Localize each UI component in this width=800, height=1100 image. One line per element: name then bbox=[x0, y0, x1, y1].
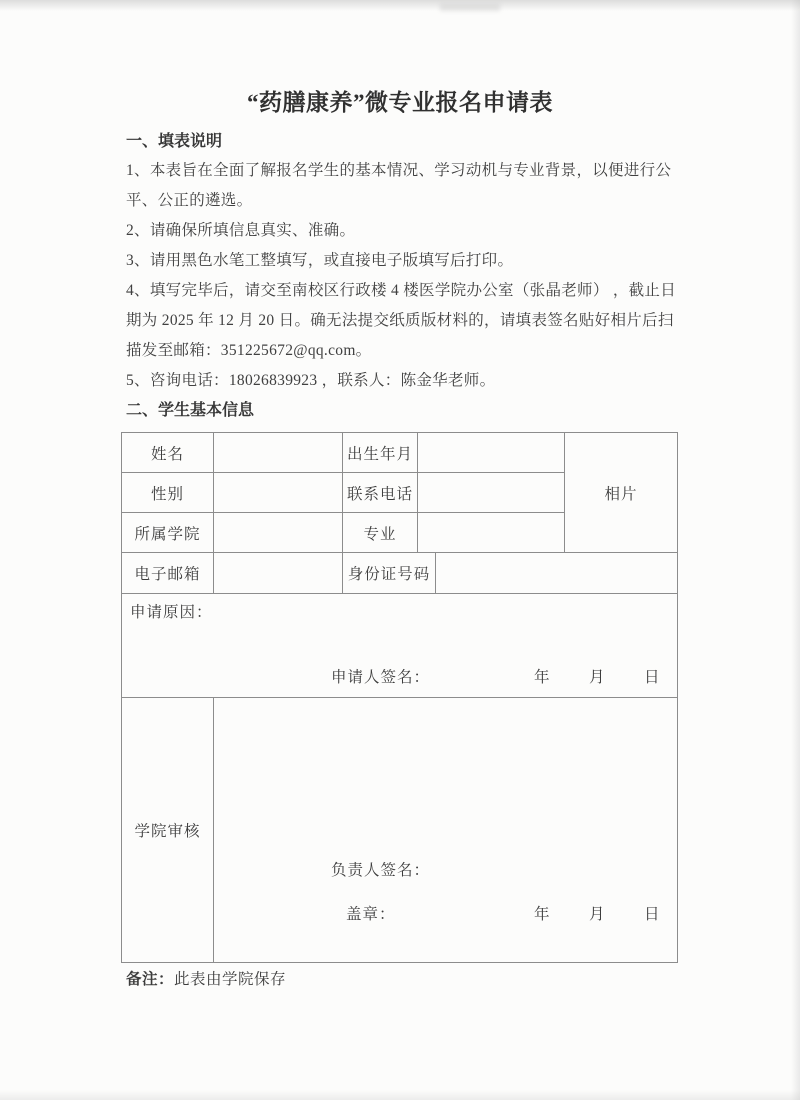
seal-date-row: 盖章： 年 月 日 bbox=[214, 902, 677, 924]
instruction-line: 期为 2025 年 12 月 20 日。确无法提交纸质版材料的，请填表签名贴好相… bbox=[126, 309, 686, 333]
scan-artifact-top bbox=[0, 0, 800, 11]
scan-artifact-bottom bbox=[0, 1090, 800, 1100]
applicant-signature-row: 申请人签名： 年 月 日 bbox=[122, 665, 677, 687]
day-label: 日 bbox=[644, 902, 660, 924]
instruction-line: 4、填写完毕后，请交至南校区行政楼 4 楼医学院办公室（张晶老师） ，截止日 bbox=[126, 279, 686, 303]
instruction-line: 2、请确保所填信息真实、准确。 bbox=[126, 219, 686, 243]
footer-note: 备注：此表由学院保存 bbox=[126, 967, 286, 989]
major-input-cell bbox=[418, 513, 565, 553]
instruction-line: 描发至邮箱：351225672@qq.com。 bbox=[126, 339, 686, 363]
name-label: 姓名 bbox=[122, 433, 214, 473]
application-reason-label: 申请原因： bbox=[130, 600, 213, 622]
phone-label: 联系电话 bbox=[343, 473, 418, 513]
gender-input-cell bbox=[214, 473, 343, 513]
id-number-label: 身份证号码 bbox=[343, 553, 436, 594]
year-label: 年 bbox=[534, 665, 550, 687]
instruction-line: 3、请用黑色水笔工整填写，或直接电子版填写后打印。 bbox=[126, 249, 686, 273]
application-reason-cell: 申请原因： 申请人签名： 年 月 日 bbox=[122, 594, 677, 698]
applicant-signature-label: 申请人签名： bbox=[331, 665, 430, 687]
instruction-line: 5、咨询电话：18026839923 ，联系人：陈金华老师。 bbox=[126, 369, 686, 393]
id-number-input-cell bbox=[436, 553, 677, 594]
major-label: 专业 bbox=[343, 513, 418, 553]
email-input-cell bbox=[214, 553, 343, 594]
student-info-table: 姓名 出生年月 相片 性别 联系电话 所属学院 专业 电子邮箱 身份证号码 申请… bbox=[121, 432, 678, 963]
note-text: 此表由学院保存 bbox=[174, 971, 286, 988]
scanned-form-page: “药膳康养”微专业报名申请表 一、填表说明 1、本表旨在全面了解报名学生的基本情… bbox=[0, 0, 800, 1100]
section-heading-instructions: 一、填表说明 bbox=[126, 131, 222, 153]
birth-date-input-cell bbox=[418, 433, 565, 473]
college-review-label: 学院审核 bbox=[122, 698, 214, 962]
head-signature-label: 负责人签名： bbox=[331, 858, 430, 880]
scan-artifact-blob bbox=[440, 3, 500, 11]
college-review-cell: 负责人签名： 盖章： 年 月 日 bbox=[214, 698, 677, 962]
month-label: 月 bbox=[589, 902, 605, 924]
college-input-cell bbox=[214, 513, 343, 553]
month-label: 月 bbox=[589, 665, 605, 687]
email-label: 电子邮箱 bbox=[122, 553, 214, 594]
note-label: 备注： bbox=[126, 971, 174, 988]
photo-box: 相片 bbox=[565, 433, 677, 553]
form-title: “药膳康养”微专业报名申请表 bbox=[0, 84, 800, 117]
name-input-cell bbox=[214, 433, 343, 473]
instruction-line: 平、公正的遴选。 bbox=[126, 189, 686, 213]
scan-artifact-right bbox=[791, 0, 800, 1100]
year-label: 年 bbox=[534, 902, 550, 924]
gender-label: 性别 bbox=[122, 473, 214, 513]
birth-date-label: 出生年月 bbox=[343, 433, 418, 473]
phone-input-cell bbox=[418, 473, 565, 513]
instruction-line: 1、本表旨在全面了解报名学生的基本情况、学习动机与专业背景，以便进行公 bbox=[126, 159, 686, 183]
seal-label: 盖章： bbox=[346, 902, 396, 924]
day-label: 日 bbox=[644, 665, 660, 687]
college-label: 所属学院 bbox=[122, 513, 214, 553]
section-heading-student-info: 二、学生基本信息 bbox=[126, 400, 254, 422]
